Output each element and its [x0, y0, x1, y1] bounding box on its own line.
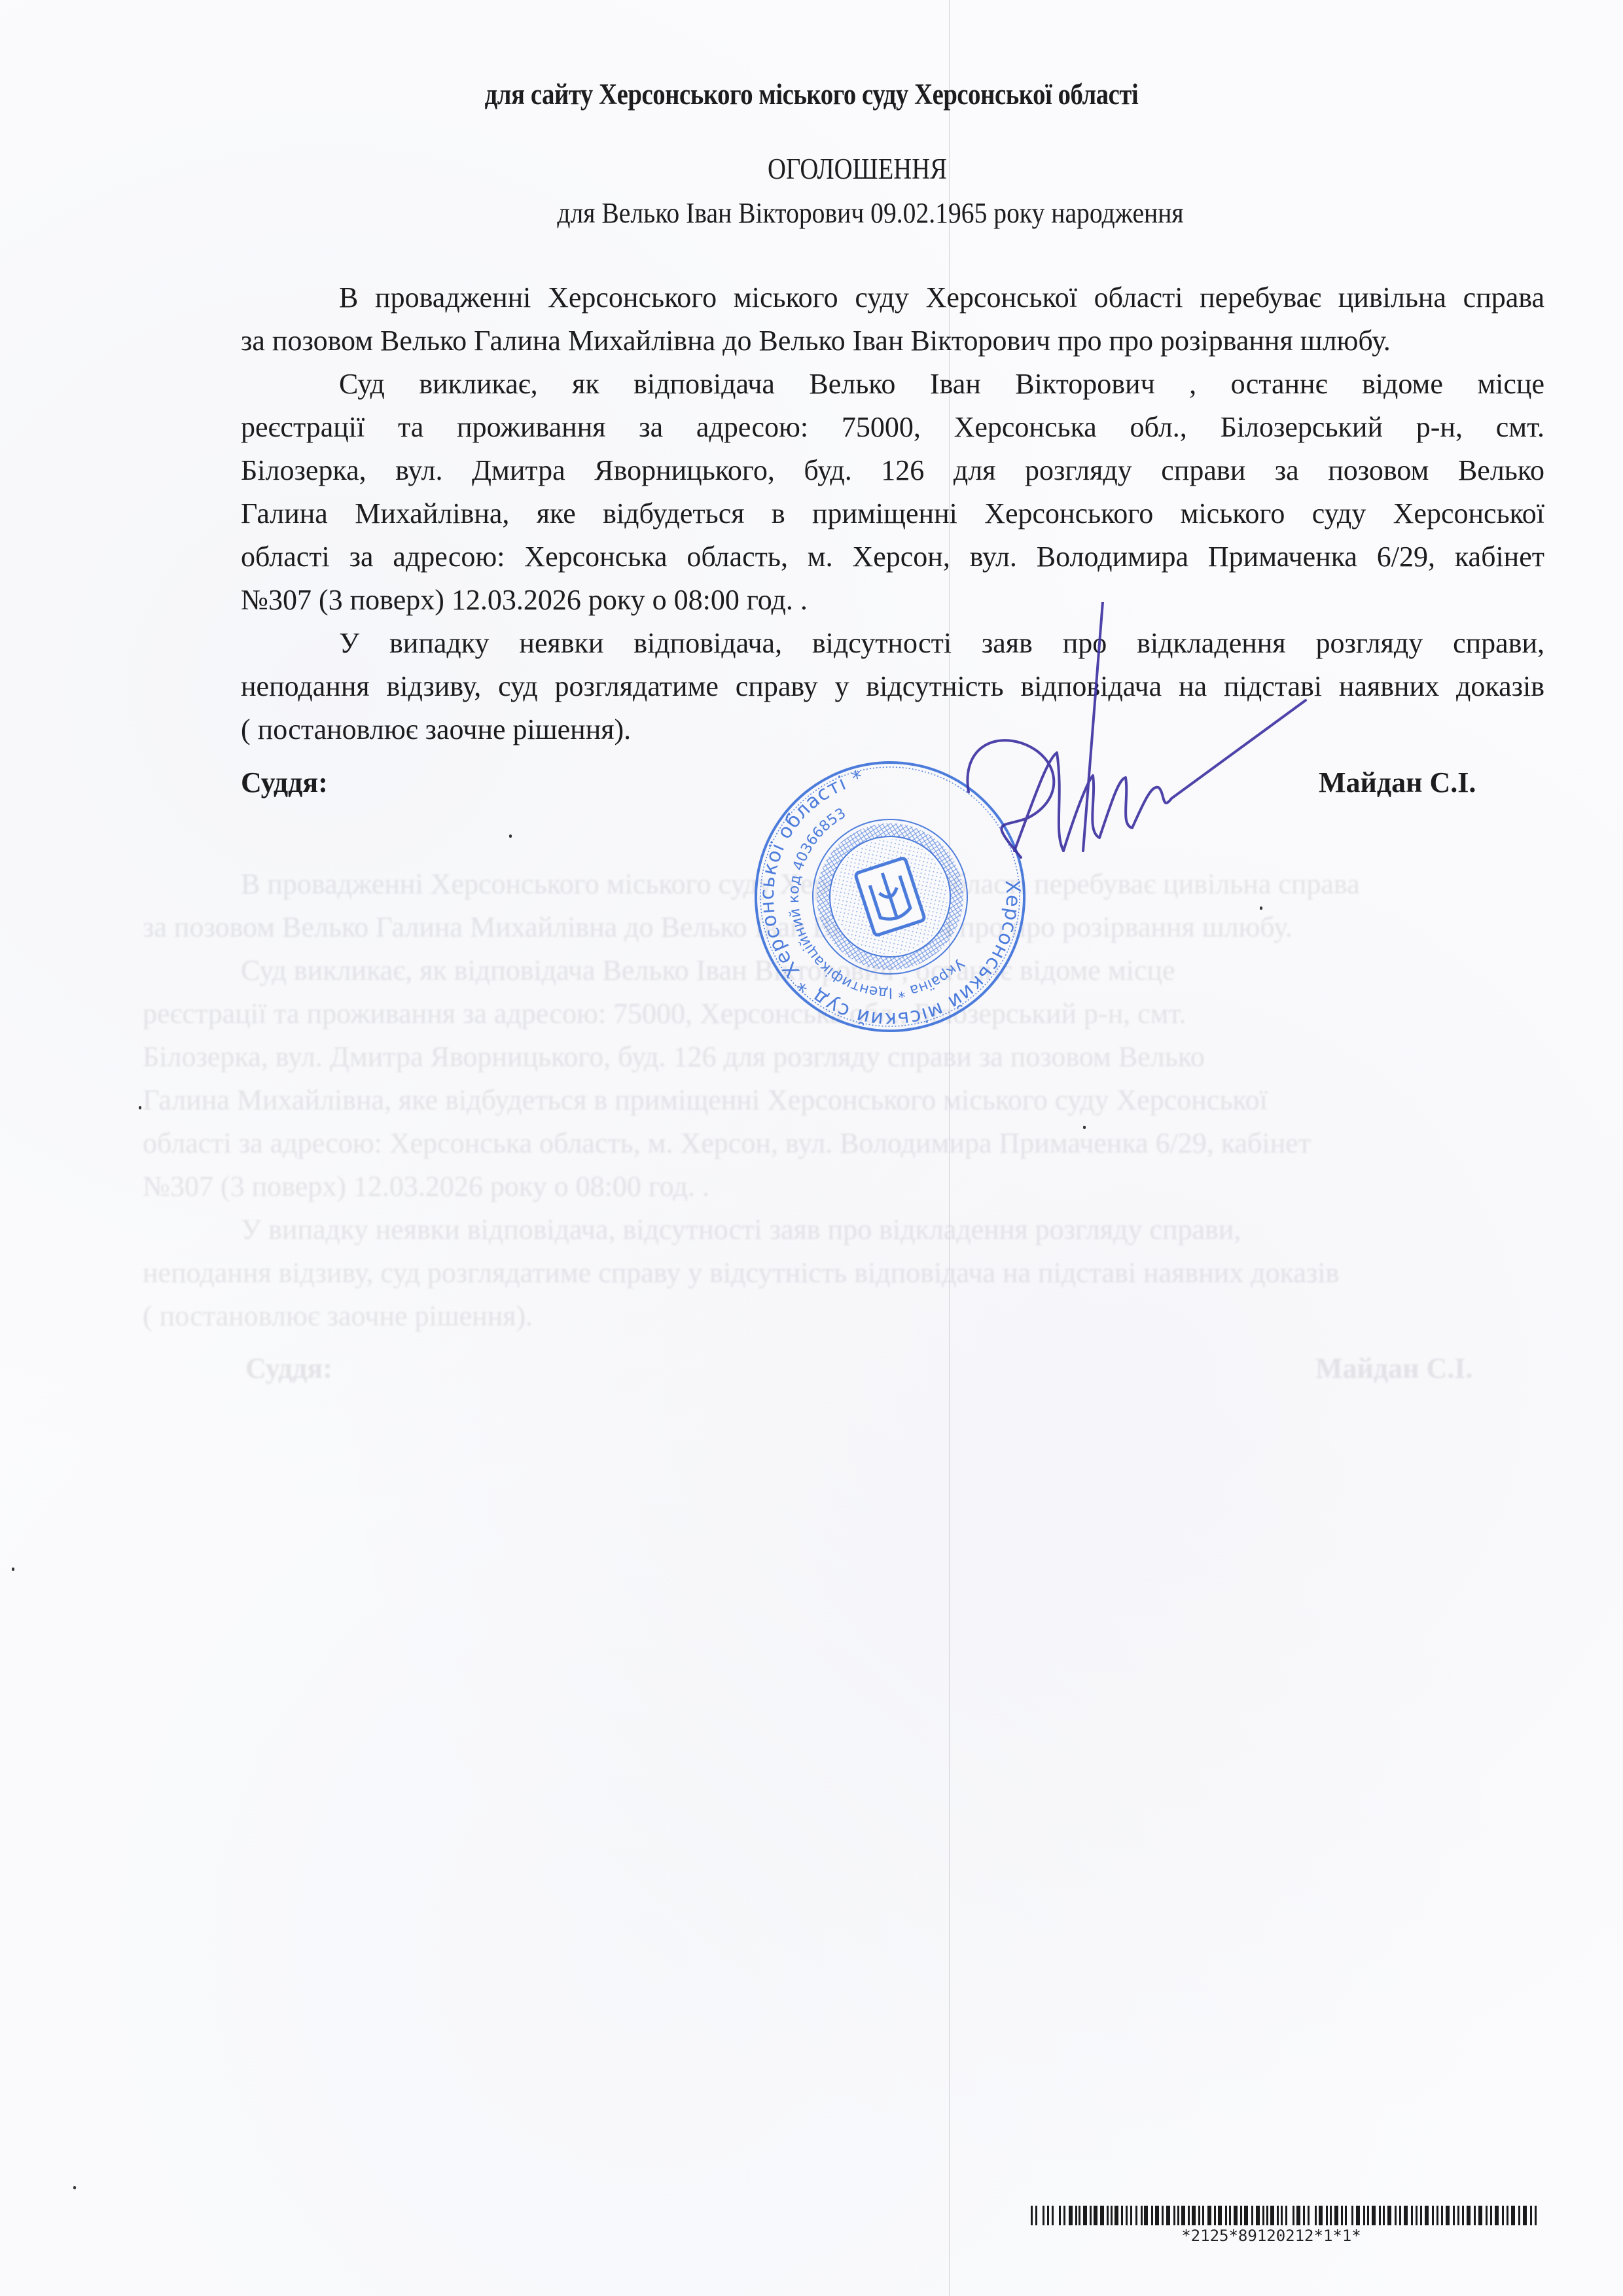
- paragraph-summons: Суд викликає, як відповідача Велько Іван…: [143, 363, 1544, 622]
- ghost-line: області за адресою: Херсонська область, …: [143, 1122, 1544, 1165]
- scan-speck: [12, 1568, 14, 1571]
- ghost-judge-name: Майдан С.І.: [1315, 1352, 1472, 1385]
- page-subtitle: для Велько Іван Вікторович 09.02.1965 ро…: [87, 196, 1548, 230]
- judge-name: Майдан С.І.: [1319, 766, 1476, 799]
- text-line: ( постановлює заочне рішення).: [143, 708, 1544, 751]
- document-header: для сайту Херсонського міського суду Хер…: [114, 77, 1510, 111]
- document-barcode: *2125*89120212*1*1*: [1031, 2206, 1538, 2245]
- ghost-line: №307 (3 поверх) 12.03.2026 року о 08:00 …: [143, 1165, 1544, 1208]
- ghost-line: У випадку неявки відповідача, відсутност…: [143, 1208, 1544, 1251]
- announcement-body: В провадженні Херсонського міського суду…: [143, 276, 1544, 751]
- text-line: В провадженні Херсонського міського суду…: [143, 276, 1544, 319]
- scanned-page: для сайту Херсонського міського суду Хер…: [0, 0, 1623, 2296]
- scan-speck: [73, 2186, 76, 2189]
- signature-icon: [949, 602, 1315, 864]
- ghost-line: неподання відзиву, суд розглядатиме спра…: [143, 1251, 1544, 1295]
- text-line: реєстрації та проживання за адресою: 750…: [143, 406, 1544, 449]
- ghost-line: ( постановлює заочне рішення).: [143, 1295, 1544, 1338]
- ghost-line: Галина Михайлівна, яке відбудеться в при…: [143, 1079, 1544, 1122]
- ghost-judge-label: Суддя:: [245, 1352, 332, 1385]
- judge-label: Суддя:: [241, 766, 328, 799]
- text-line: У випадку неявки відповідача, відсутност…: [143, 622, 1544, 665]
- text-line: Білозерка, вул. Дмитра Яворницького, буд…: [143, 449, 1544, 492]
- text-line: Суд викликає, як відповідача Велько Іван…: [143, 363, 1544, 406]
- barcode-number: *2125*89120212*1*1*: [1005, 2227, 1538, 2245]
- scan-speck: [139, 1106, 141, 1109]
- ghost-line: Білозерка, вул. Дмитра Яворницького, буд…: [143, 1035, 1544, 1079]
- paragraph-absence-warning: У випадку неявки відповідача, відсутност…: [143, 622, 1544, 751]
- text-line: за позовом Велько Галина Михайлівна до В…: [143, 319, 1544, 363]
- paragraph-case-info: В провадженні Херсонського міського суду…: [143, 276, 1544, 363]
- text-line: Галина Михайлівна, яке відбудеться в при…: [143, 492, 1544, 535]
- scan-speck: [1260, 906, 1262, 910]
- barcode-icon: [1031, 2206, 1538, 2225]
- scan-speck: [1083, 1126, 1086, 1129]
- text-line: області за адресою: Херсонська область, …: [143, 535, 1544, 579]
- scan-speck: [509, 834, 512, 838]
- page-title: ОГОЛОШЕННЯ: [120, 152, 1516, 186]
- text-line: №307 (3 поверх) 12.03.2026 року о 08:00 …: [143, 579, 1544, 622]
- text-line: неподання відзиву, суд розглядатиме спра…: [143, 665, 1544, 708]
